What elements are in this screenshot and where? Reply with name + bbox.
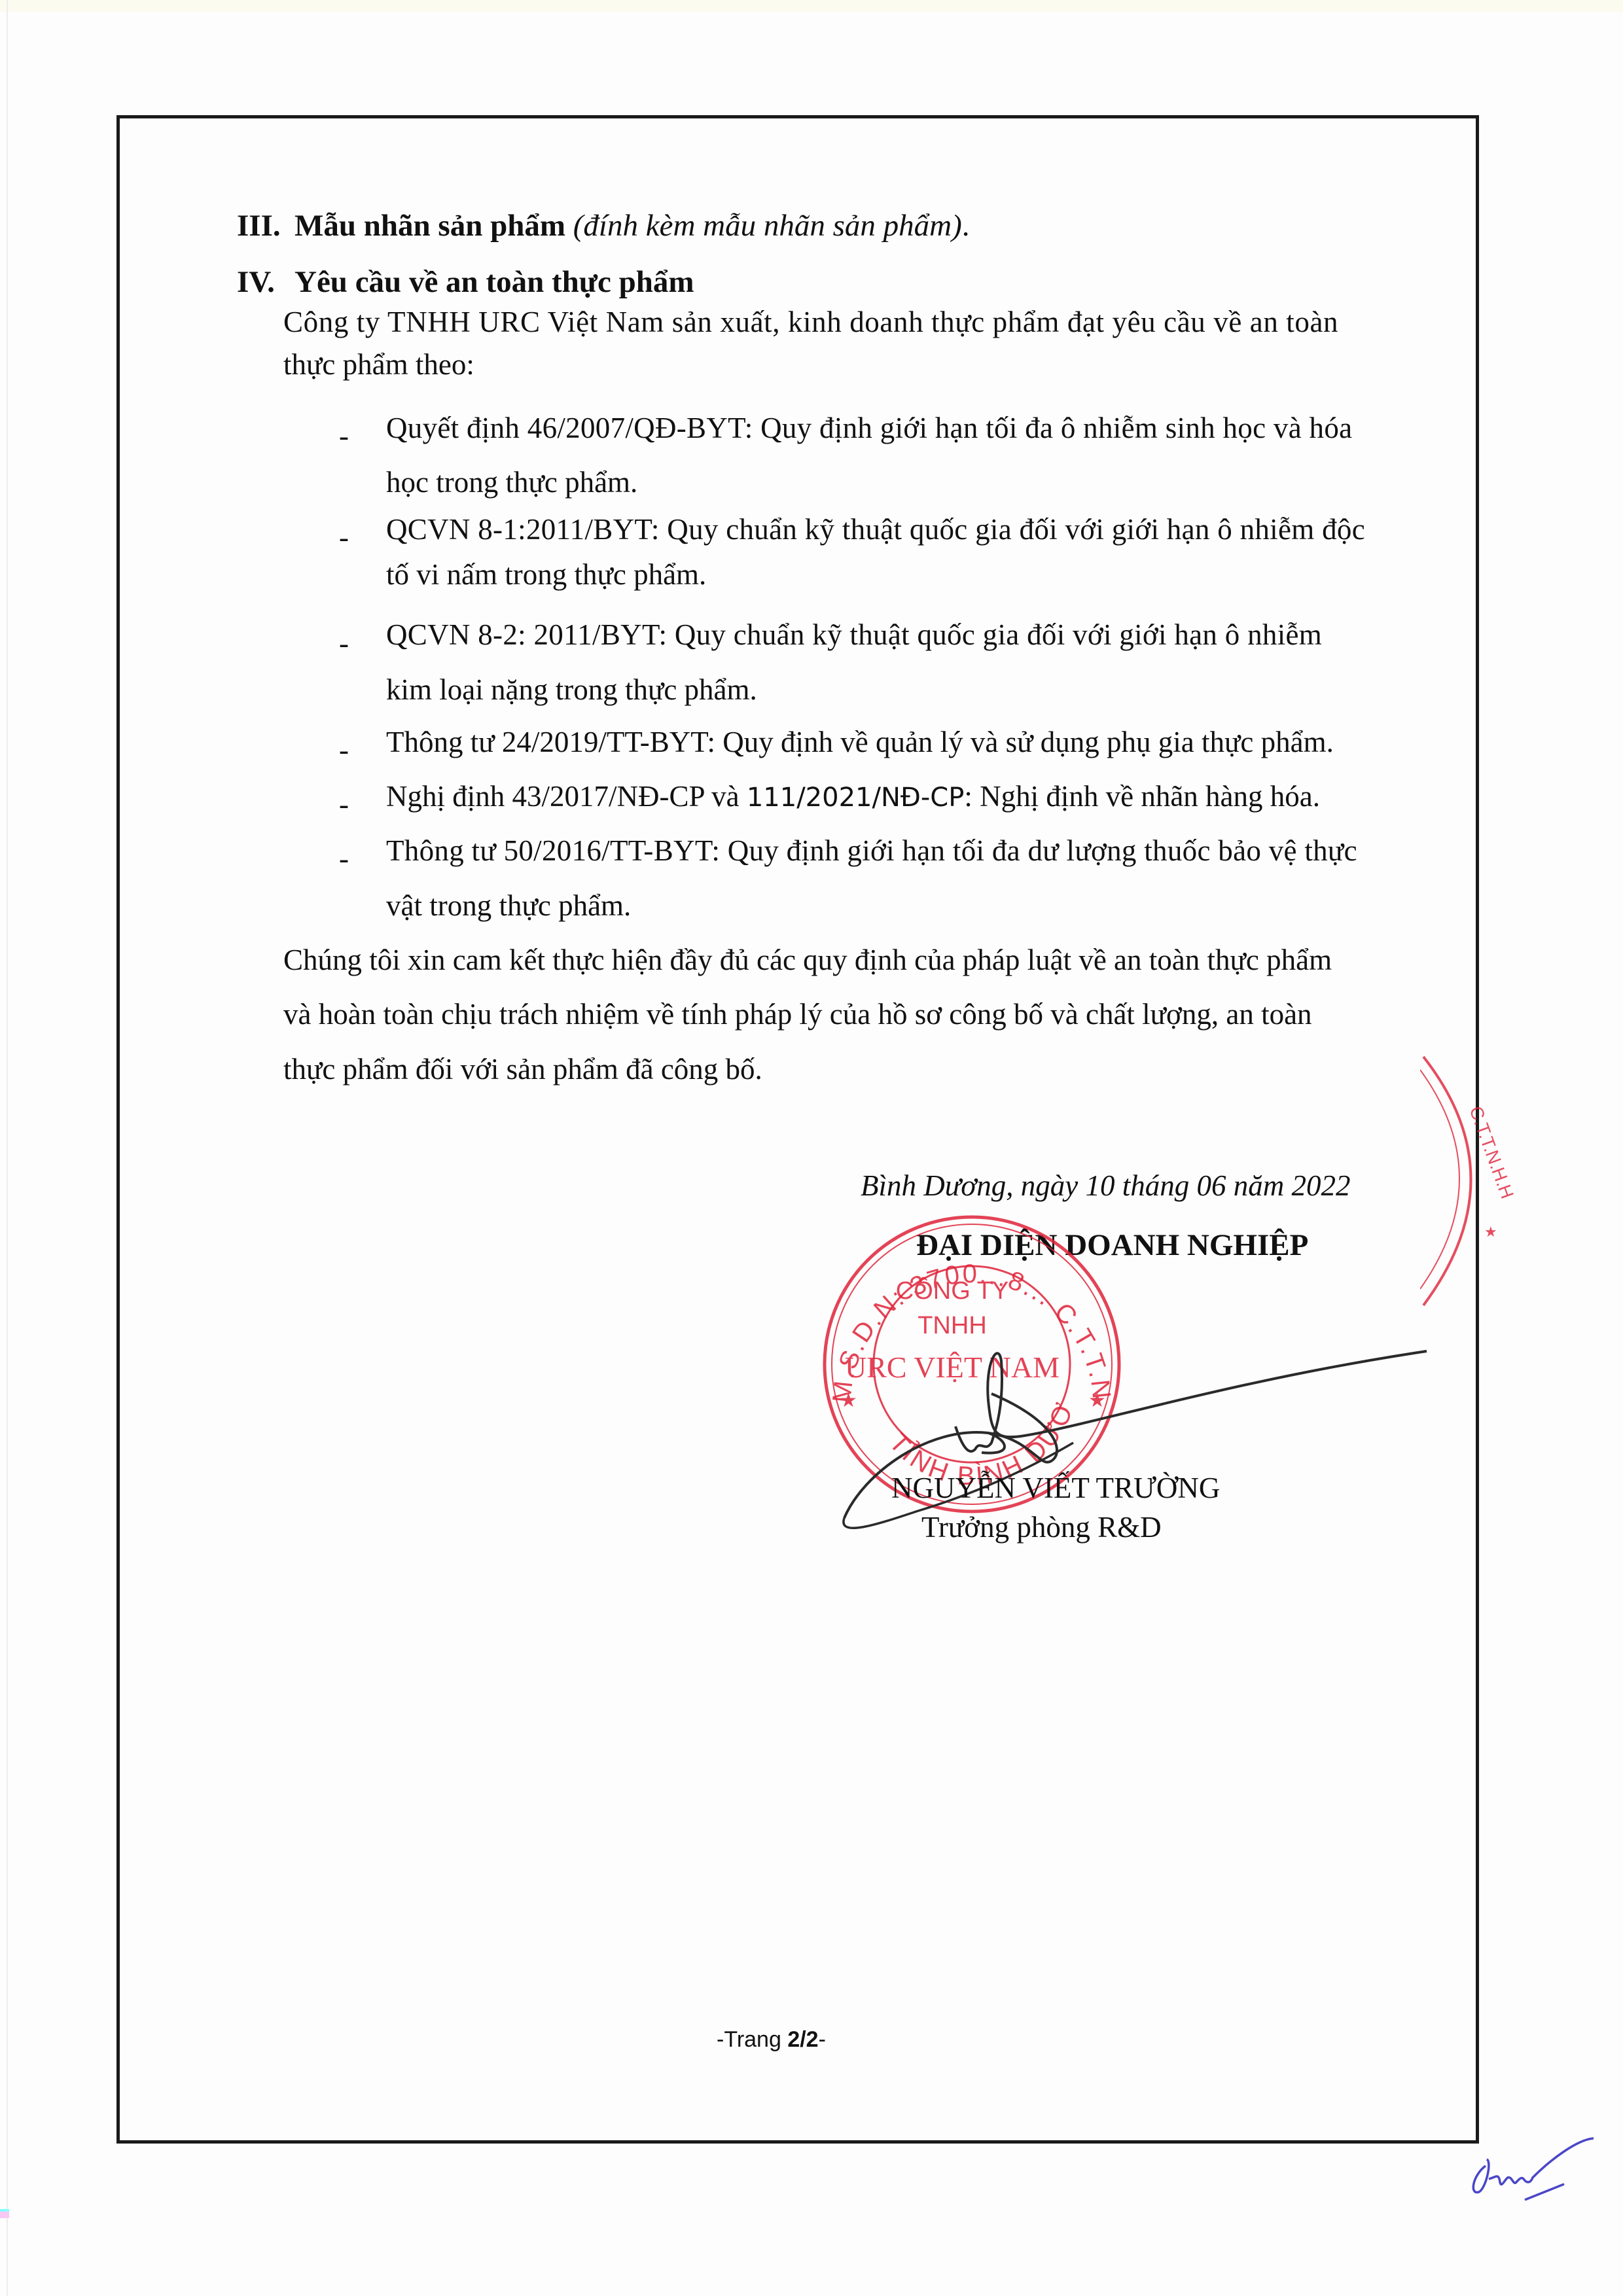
commitment-line-2: và hoàn toàn chịu trách nhiệm về tính ph…	[283, 1000, 1312, 1029]
regulation-line: tố vi nấm trong thực phẩm.	[386, 560, 706, 590]
section-note: (đính kèm mẫu nhãn sản phẩm)	[573, 209, 962, 243]
section-title: Mẫu nhãn sản phẩm	[294, 209, 565, 243]
commitment-line-3: thực phẩm đối với sản phẩm đã công bố.	[283, 1055, 762, 1084]
regulation-line: QCVN 8-1:2011/BYT: Quy chuẩn kỹ thuật qu…	[386, 515, 1365, 544]
regulation-line: Thông tư 24/2019/TT-BYT: Quy định về quả…	[386, 728, 1334, 757]
page-footer: -Trang 2/2-	[717, 2027, 826, 2053]
scan-color-mark	[0, 2209, 9, 2218]
signer-title: Trưởng phòng R&D	[921, 1513, 1162, 1542]
bullet-dash: -	[339, 520, 349, 554]
seal-line-2: TNHH	[918, 1312, 987, 1339]
regulation-line: học trong thực phẩm.	[386, 468, 637, 497]
page-label-suffix: -	[819, 2027, 826, 2052]
regulation-line: kim loại nặng trong thực phẩm.	[386, 675, 757, 705]
regulation-line: vật trong thực phẩm.	[386, 891, 631, 921]
regulation-part: Nghị định 43/2017/NĐ-CP và	[386, 780, 747, 813]
place-date: Bình Dương, ngày 10 tháng 06 năm 2022	[861, 1171, 1351, 1201]
scan-left-edge	[7, 0, 8, 2296]
regulation-line: Quyết định 46/2007/QĐ-BYT: Quy định giới…	[386, 414, 1352, 443]
section-number: IV.	[237, 267, 294, 298]
page-label: -Trang	[717, 2027, 787, 2052]
section-end: .	[962, 209, 970, 243]
bullet-dash: -	[339, 419, 349, 453]
seam-star-icon: ★	[1484, 1224, 1497, 1240]
section-title: Yêu cầu về an toàn thực phẩm	[294, 265, 694, 299]
bullet-dash: -	[339, 626, 349, 660]
seam-stamp-text: C.T.T.N.H.H	[1465, 1103, 1518, 1201]
initials-icon	[1453, 2127, 1610, 2212]
section-number: III.	[237, 211, 294, 241]
bullet-dash: -	[339, 787, 349, 821]
regulation-line: QCVN 8-2: 2011/BYT: Quy chuẩn kỹ thuật q…	[386, 620, 1322, 650]
bullet-dash: -	[339, 841, 349, 875]
scan-top-strip	[0, 0, 1623, 12]
signer-name: NGUYỄN VIẾT TRƯỜNG	[891, 1474, 1220, 1503]
section-iii-heading: III.Mẫu nhãn sản phẩm (đính kèm mẫu nhãn…	[237, 211, 969, 241]
seam-stamp-icon: C.T.T.N.H.H ★	[1420, 1047, 1518, 1322]
regulation-number-highlight: 111/2021/NĐ-CP	[747, 783, 965, 813]
seal-line-1: CÔNG TY	[896, 1276, 1008, 1305]
intro-line-2: thực phẩm theo:	[283, 350, 474, 380]
page-number: 2/2	[787, 2027, 818, 2052]
regulation-line: Nghị định 43/2017/NĐ-CP và 111/2021/NĐ-C…	[386, 782, 1320, 811]
bullet-dash: -	[339, 733, 349, 767]
regulation-line: Thông tư 50/2016/TT-BYT: Quy định giới h…	[386, 836, 1357, 866]
commitment-line-1: Chúng tôi xin cam kết thực hiện đầy đủ c…	[283, 945, 1332, 975]
regulation-part: : Nghị định về nhãn hàng hóa.	[964, 780, 1320, 813]
intro-line-1: Công ty TNHH URC Việt Nam sản xuất, kinh…	[283, 308, 1338, 337]
section-iv-heading: IV.Yêu cầu về an toàn thực phẩm	[237, 267, 694, 298]
